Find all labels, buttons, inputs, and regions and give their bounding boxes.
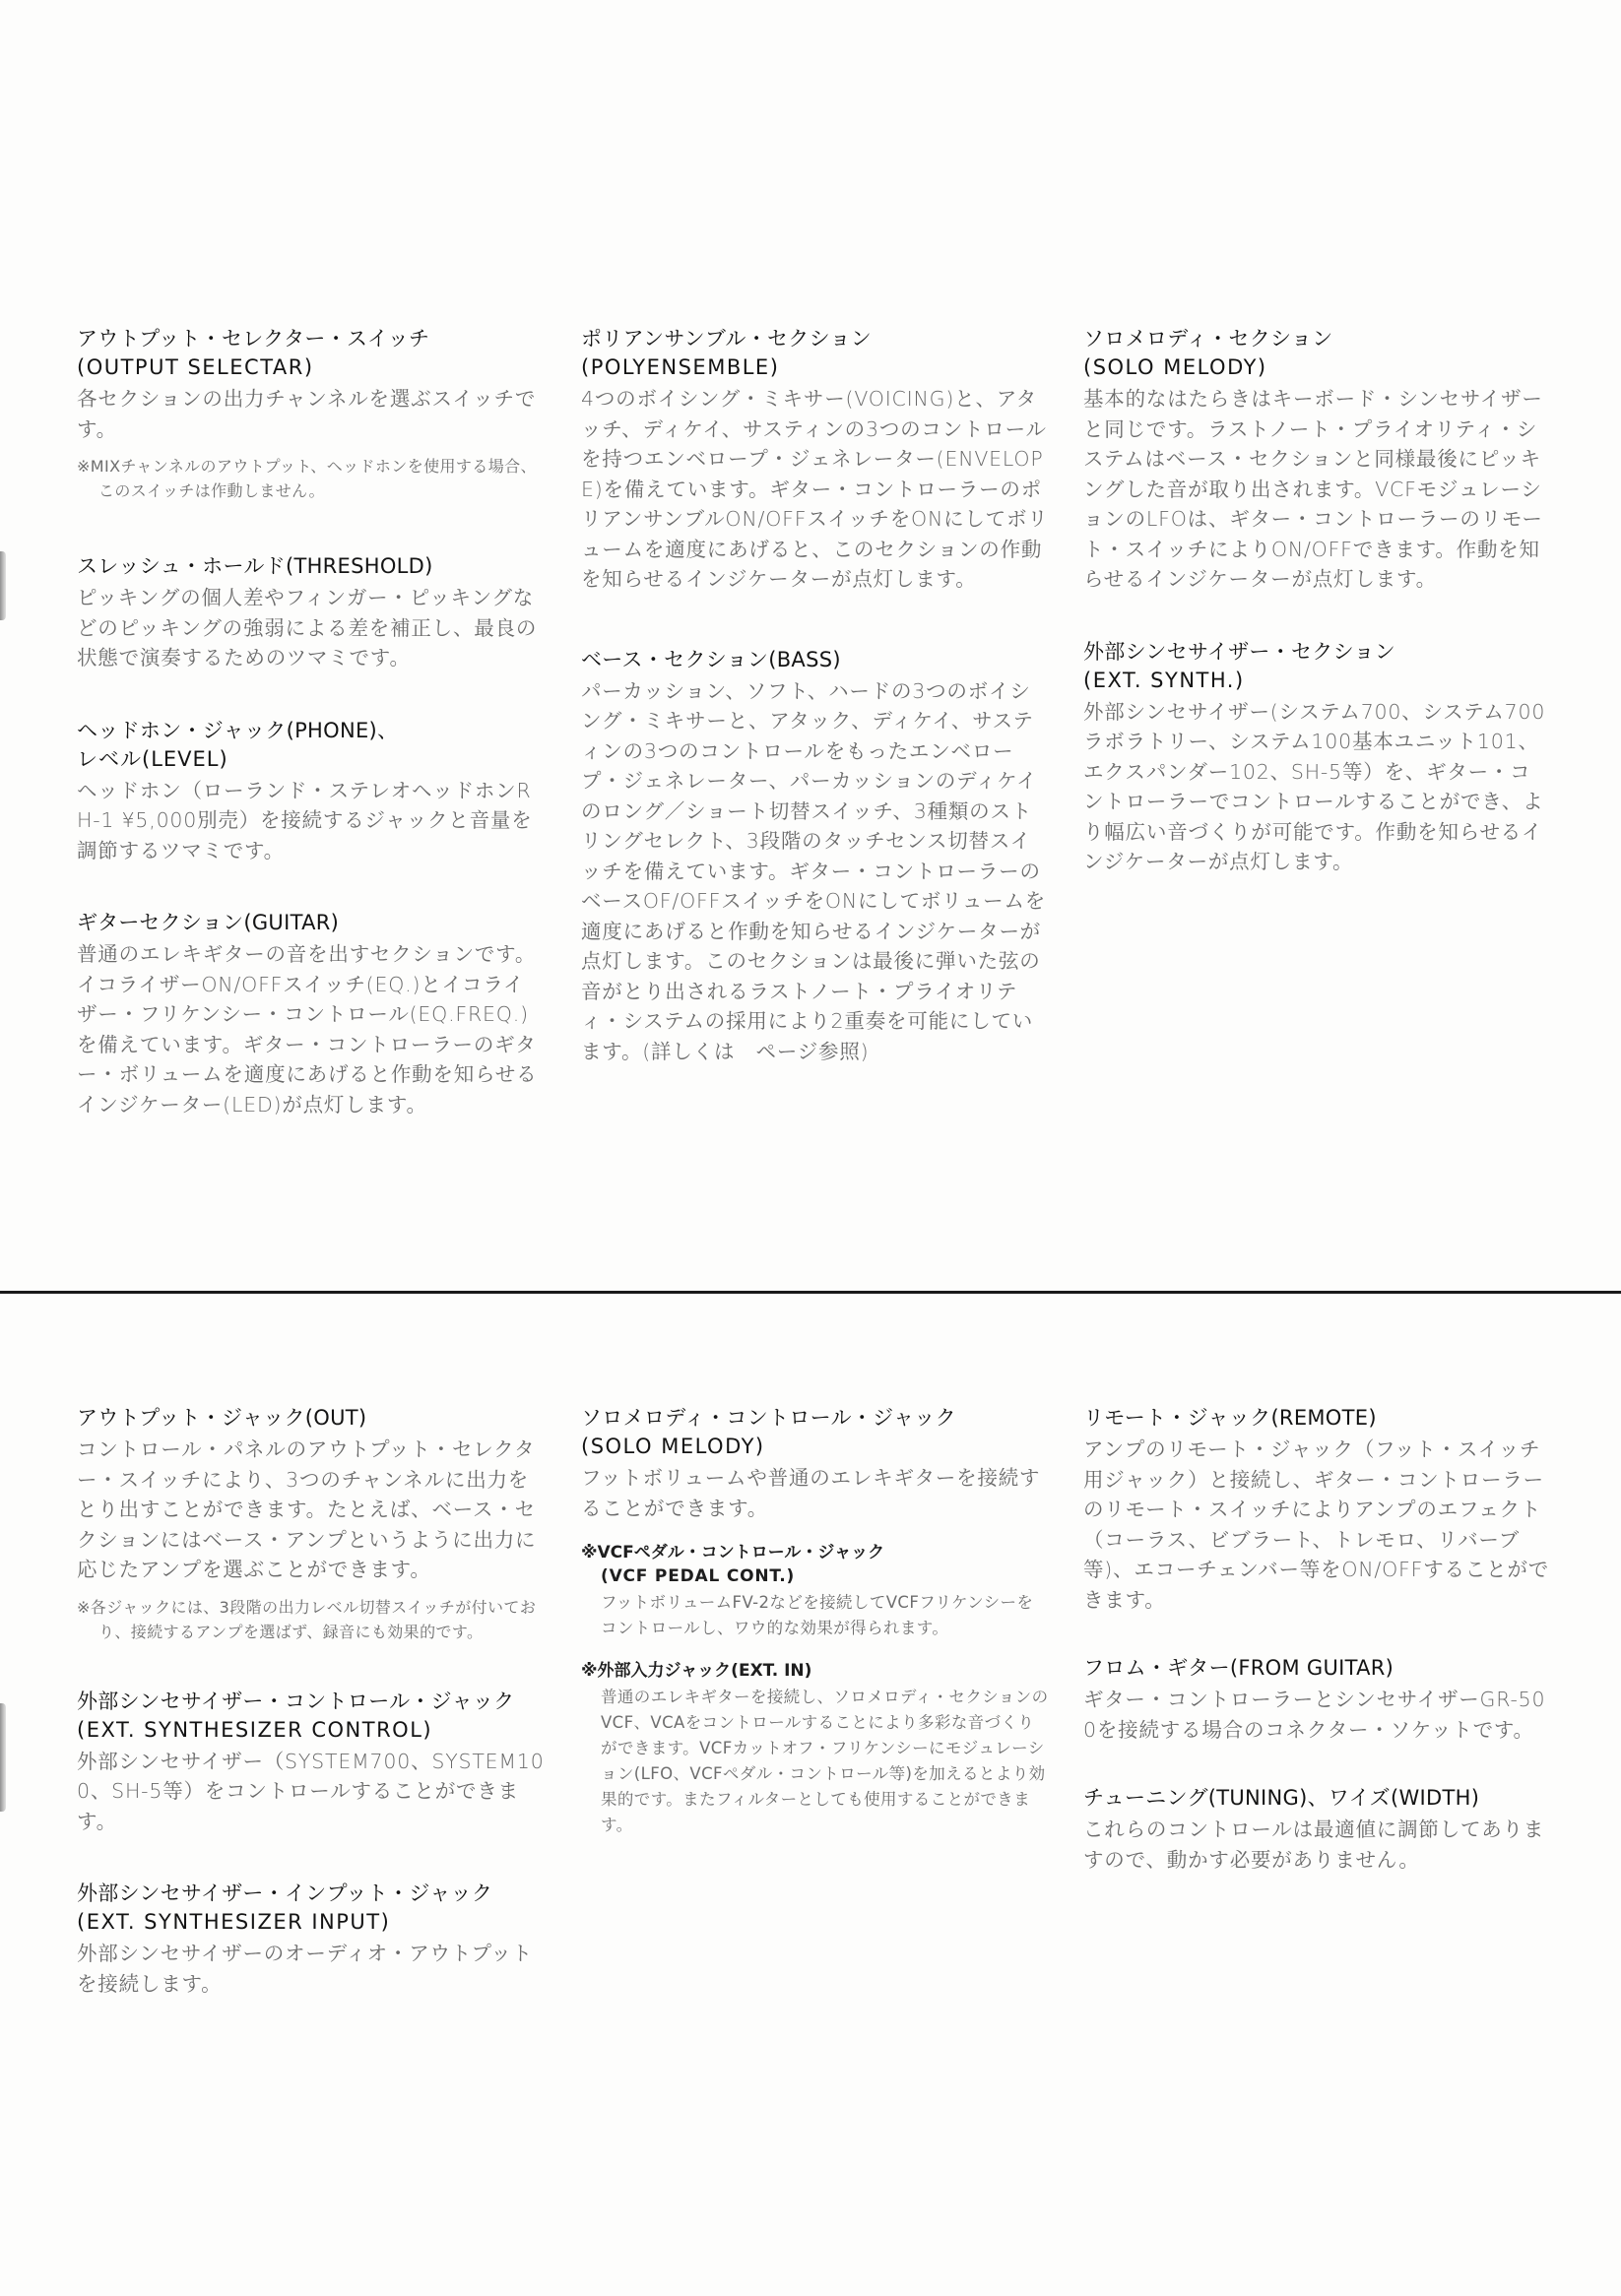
bass-section-entry: ベース・セクション(BASS) パーカッション、ソフト、ハードの3つのボイシング… [581,646,1049,1067]
heading-ja: 外部シンセサイザー・インプット・ジャック [77,1881,492,1905]
heading-ja: ソロメロディ・セクション [1083,327,1333,351]
entry-heading: アウトプット・ジャック(OUT) [77,1404,545,1433]
ext-synth-control-jack-entry: 外部シンセサイザー・コントロール・ジャック (EXT. SYNTHESIZER … [77,1688,545,1837]
entry-heading: ベース・セクション(BASS) [581,646,1049,674]
entry-note: ※MIXチャンネルのアウトプット、ヘッドホンを使用する場合、このスイッチは作動し… [77,454,545,503]
subheading-ja: ※外部入力ジャック(EXT. IN) [581,1661,811,1681]
vcf-pedal-control-jack-subentry: ※VCFペダル・コントロール・ジャック (VCF PEDAL CONT.) フッ… [581,1541,1049,1641]
entry-body: 外部シンセサイザーのオーディオ・アウトプットを接続します。 [77,1939,545,1999]
entry-heading: ポリアンサンブル・セクション (POLYENSEMBLE) [581,325,1049,382]
entry-body: フットボリュームや普通のエレキギターを接続することができます。 [581,1463,1049,1523]
heading-en: (EXT. SYNTH.) [1083,667,1551,695]
heading-ja: ポリアンサンブル・セクション [581,327,872,351]
heading-ja: アウトプット・ジャック(OUT) [77,1406,366,1430]
solo-melody-section-entry: ソロメロディ・セクション (SOLO MELODY) 基本的なはたらきはキーボー… [1083,325,1551,595]
heading-ja: リモート・ジャック(REMOTE) [1083,1406,1377,1430]
heading-ja: フロム・ギター(FROM GUITAR) [1083,1656,1394,1680]
subentry-body: 普通のエレキギターを接続し、ソロメロディ・セクションのVCF、VCAをコントロー… [581,1685,1049,1838]
entry-heading: ソロメロディ・コントロール・ジャック (SOLO MELODY) [581,1404,1049,1461]
entry-heading: アウトプット・セレクター・スイッチ (OUTPUT SELECTAR) [77,325,545,382]
entry-body: ピッキングの個人差やフィンガー・ピッキングなどのピッキングの強弱による差を補正し… [77,583,545,673]
bottom-left-column: アウトプット・ジャック(OUT) コントロール・パネルのアウトプット・セレクター… [77,1404,545,2038]
threshold-entry: スレッシュ・ホールド(THRESHOLD) ピッキングの個人差やフィンガー・ピッ… [77,552,545,673]
subentry-body: フットボリュームFV-2などを接続してVCFフリケンシーをコントロールし、ワウ的… [581,1590,1049,1641]
heading-ja: 外部シンセサイザー・セクション [1083,640,1395,664]
tuning-width-entry: チューニング(TUNING)、ワイズ(WIDTH) これらのコントロールは最適値… [1083,1784,1551,1875]
entry-body: 外部シンセサイザー（SYSTEM700、SYSTEM100、SH-5等）をコント… [77,1747,545,1837]
heading-ja: ギターセクション(GUITAR) [77,911,339,934]
subheading-en: (VCF PEDAL CONT.) [581,1564,1049,1588]
entry-body: パーカッション、ソフト、ハードの3つのボイシング・ミキサーと、アタック、ディケイ… [581,676,1049,1067]
ext-synth-section-entry: 外部シンセサイザー・セクション (EXT. SYNTH.) 外部シンセサイザー(… [1083,638,1551,877]
heading-en: (EXT. SYNTHESIZER CONTROL) [77,1716,545,1745]
entry-body: 外部シンセサイザー(システム700、システム700ラボラトリー、システム100基… [1083,697,1551,877]
entry-heading: フロム・ギター(FROM GUITAR) [1083,1654,1551,1683]
heading-ja: チューニング(TUNING)、ワイズ(WIDTH) [1083,1786,1479,1810]
heading-en: レベル(LEVEL) [77,745,545,774]
ext-synth-input-jack-entry: 外部シンセサイザー・インプット・ジャック (EXT. SYNTHESIZER I… [77,1880,545,1999]
heading-ja: スレッシュ・ホールド(THRESHOLD) [77,554,433,578]
heading-en: (SOLO MELODY) [581,1433,1049,1461]
bottom-right-column: リモート・ジャック(REMOTE) アンプのリモート・ジャック（フット・スイッチ… [1083,1404,1551,1914]
from-guitar-entry: フロム・ギター(FROM GUITAR) ギター・コントローラーとシンセサイザー… [1083,1654,1551,1745]
entry-body: 普通のエレキギターの音を出すセクションです。イコライザーON/OFFスイッチ(E… [77,939,545,1119]
entry-body: アンプのリモート・ジャック（フット・スイッチ用ジャック）と接続し、ギター・コント… [1083,1435,1551,1615]
subheading-ja: ※VCFペダル・コントロール・ジャック [581,1543,884,1563]
output-jack-entry: アウトプット・ジャック(OUT) コントロール・パネルのアウトプット・セレクター… [77,1404,545,1644]
entry-body: 各セクションの出力チャンネルを選ぶスイッチです。 [77,384,545,444]
entry-heading: ギターセクション(GUITAR) [77,909,545,937]
heading-en: (POLYENSEMBLE) [581,353,1049,382]
top-left-column: アウトプット・セレクター・スイッチ (OUTPUT SELECTAR) 各セクシ… [77,325,545,1159]
entry-heading: ソロメロディ・セクション (SOLO MELODY) [1083,325,1551,382]
entry-heading: 外部シンセサイザー・セクション (EXT. SYNTH.) [1083,638,1551,695]
heading-en: (EXT. SYNTHESIZER INPUT) [77,1908,545,1937]
guitar-section-entry: ギターセクション(GUITAR) 普通のエレキギターの音を出すセクションです。イ… [77,909,545,1119]
ext-in-jack-subentry: ※外部入力ジャック(EXT. IN) 普通のエレキギターを接続し、ソロメロディ・… [581,1659,1049,1838]
rear-panel-section: アウトプット・ジャック(OUT) コントロール・パネルのアウトプット・セレクター… [0,1296,1621,2296]
top-middle-column: ポリアンサンブル・セクション (POLYENSEMBLE) 4つのボイシング・ミ… [581,325,1049,1106]
entry-body: 基本的なはたらきはキーボード・シンセサイザーと同じです。ラストノート・プライオリ… [1083,384,1551,595]
heading-en: (OUTPUT SELECTAR) [77,353,545,382]
output-selector-entry: アウトプット・セレクター・スイッチ (OUTPUT SELECTAR) 各セクシ… [77,325,545,503]
entry-heading: チューニング(TUNING)、ワイズ(WIDTH) [1083,1784,1551,1813]
phone-level-entry: ヘッドホン・ジャック(PHONE)、 レベル(LEVEL) ヘッドホン（ローラン… [77,717,545,866]
subentry-heading: ※VCFペダル・コントロール・ジャック (VCF PEDAL CONT.) [581,1541,1049,1588]
entry-heading: スレッシュ・ホールド(THRESHOLD) [77,552,545,581]
polyensemble-entry: ポリアンサンブル・セクション (POLYENSEMBLE) 4つのボイシング・ミ… [581,325,1049,595]
top-right-column: ソロメロディ・セクション (SOLO MELODY) 基本的なはたらきはキーボー… [1083,325,1551,917]
entry-note: ※各ジャックには、3段階の出力レベル切替スイッチが付いており、接続するアンプを選… [77,1595,545,1644]
entry-heading: リモート・ジャック(REMOTE) [1083,1404,1551,1433]
horizontal-divider [0,1291,1621,1294]
solo-melody-control-jack-entry: ソロメロディ・コントロール・ジャック (SOLO MELODY) フットボリュー… [581,1404,1049,1838]
subentry-heading: ※外部入力ジャック(EXT. IN) [581,1659,1049,1683]
entry-body: コントロール・パネルのアウトプット・セレクター・スイッチにより、3つのチャンネル… [77,1435,545,1585]
control-panel-section: アウトプット・セレクター・スイッチ (OUTPUT SELECTAR) 各セクシ… [0,0,1621,1290]
entry-body: ギター・コントローラーとシンセサイザーGR-500を接続する場合のコネクター・ソ… [1083,1685,1551,1745]
entry-body: 4つのボイシング・ミキサー(VOICING)と、アタッチ、ディケイ、サスティンの… [581,384,1049,595]
heading-ja: 外部シンセサイザー・コントロール・ジャック [77,1690,514,1713]
entry-heading: 外部シンセサイザー・インプット・ジャック (EXT. SYNTHESIZER I… [77,1880,545,1937]
heading-en: (SOLO MELODY) [1083,353,1551,382]
remote-jack-entry: リモート・ジャック(REMOTE) アンプのリモート・ジャック（フット・スイッチ… [1083,1404,1551,1615]
entry-heading: ヘッドホン・ジャック(PHONE)、 レベル(LEVEL) [77,717,545,774]
bottom-middle-column: ソロメロディ・コントロール・ジャック (SOLO MELODY) フットボリュー… [581,1404,1049,1878]
heading-ja: ヘッドホン・ジャック(PHONE)、 [77,719,398,742]
entry-body: ヘッドホン（ローランド・ステレオヘッドホンRH-1 ¥5,000別売）を接続する… [77,776,545,866]
heading-ja: ソロメロディ・コントロール・ジャック [581,1406,956,1430]
entry-body: これらのコントロールは最適値に調節してありますので、動かす必要がありません。 [1083,1815,1551,1875]
heading-ja: アウトプット・セレクター・スイッチ [77,327,429,351]
heading-ja: ベース・セクション(BASS) [581,648,841,671]
entry-heading: 外部シンセサイザー・コントロール・ジャック (EXT. SYNTHESIZER … [77,1688,545,1745]
